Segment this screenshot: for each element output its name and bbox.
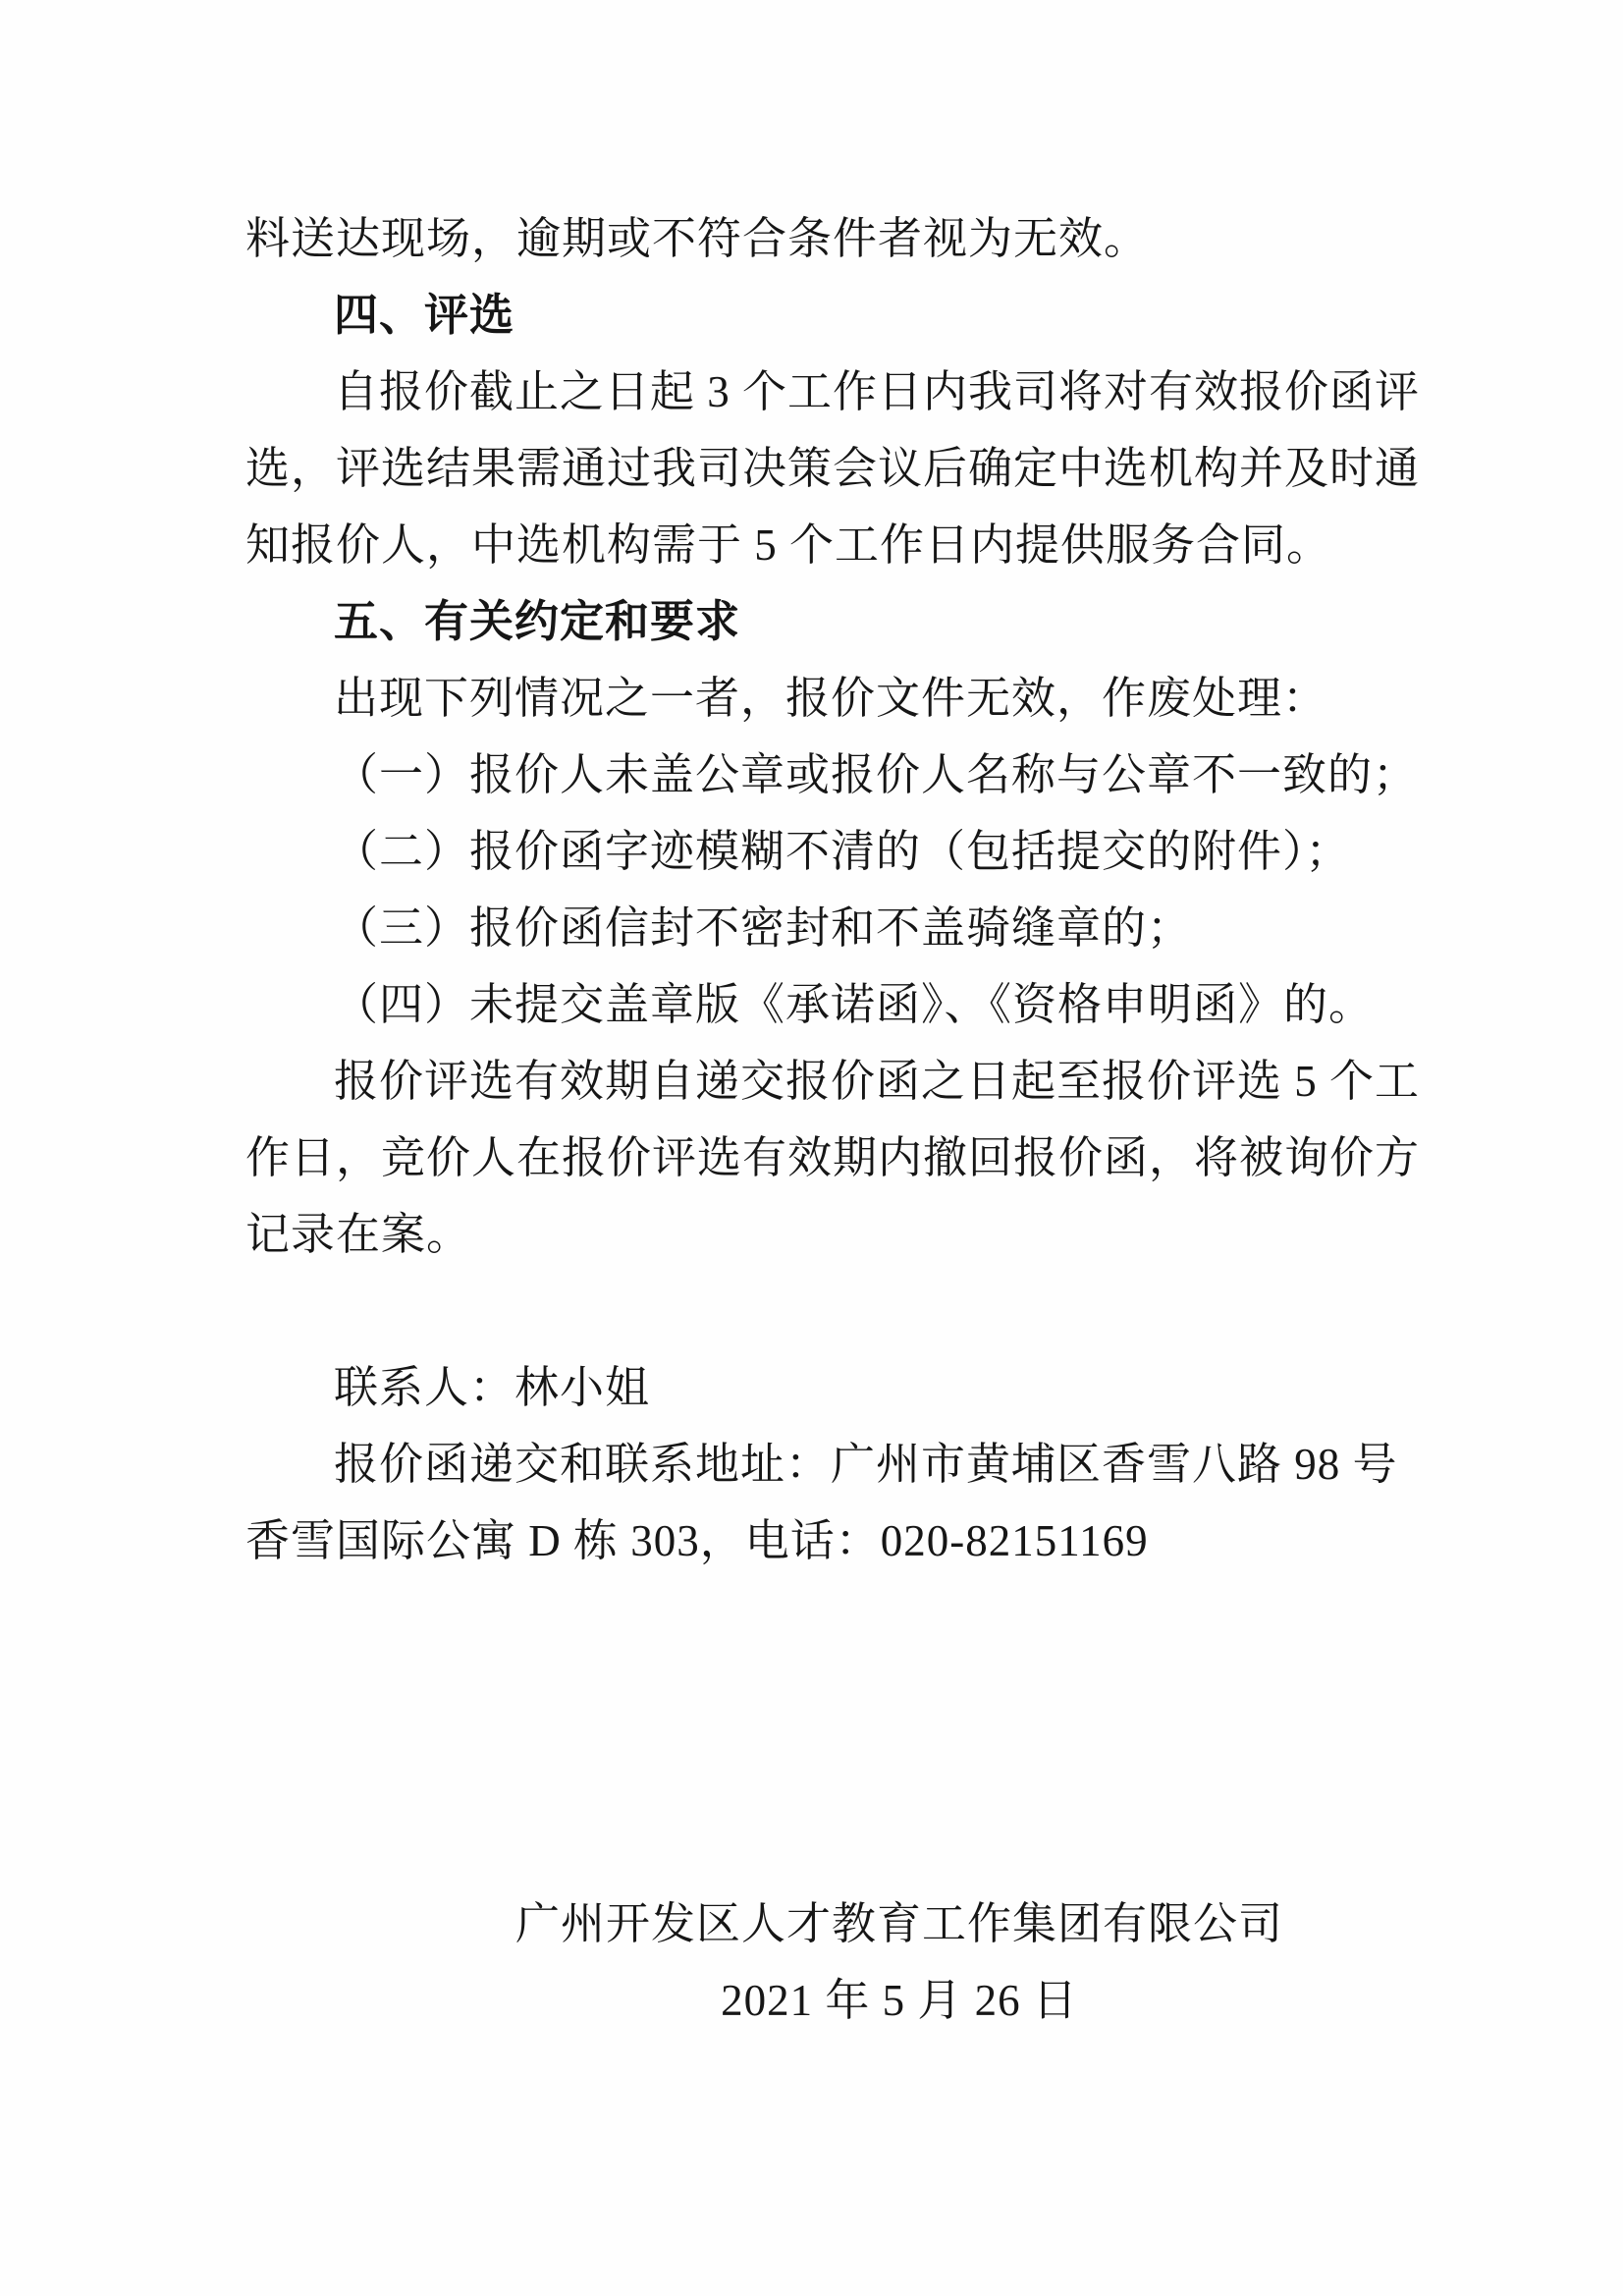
list-item-1: （一）报价人未盖公章或报价人名称与公章不一致的； <box>245 737 1377 813</box>
contact-address-line: 香雪国际公寓 D 栋 303，电话：020-82151169 <box>245 1503 1377 1579</box>
list-item-4: （四）未提交盖章版《承诺函》、《资格申明函》的。 <box>245 966 1377 1043</box>
document-page: 料送达现场，逾期或不符合条件者视为无效。 四、评选 自报价截止之日起 3 个工作… <box>0 0 1623 2296</box>
body-line: 自报价截止之日起 3 个工作日内我司将对有效报价函评 <box>245 354 1377 430</box>
body-line: 记录在案。 <box>245 1196 1377 1273</box>
section-heading-4: 四、评选 <box>245 277 1377 354</box>
contact-person-line: 联系人：林小姐 <box>245 1349 1377 1426</box>
body-line: 选，评选结果需通过我司决策会议后确定中选机构并及时通 <box>245 430 1377 507</box>
list-item-3: （三）报价函信封不密封和不盖骑缝章的； <box>245 890 1377 966</box>
vertical-space <box>245 1579 1377 1886</box>
section-heading-5: 五、有关约定和要求 <box>245 583 1377 660</box>
body-line: 知报价人，中选机构需于 5 个工作日内提供服务合同。 <box>245 507 1377 583</box>
date-signature: 2021 年 5 月 26 日 <box>245 1962 1377 2039</box>
document-body: 料送达现场，逾期或不符合条件者视为无效。 四、评选 自报价截止之日起 3 个工作… <box>245 200 1377 2039</box>
body-line: 料送达现场，逾期或不符合条件者视为无效。 <box>245 200 1377 277</box>
body-line: 作日，竞价人在报价评选有效期内撤回报价函，将被询价方 <box>245 1120 1377 1196</box>
body-line: 出现下列情况之一者，报价文件无效，作废处理： <box>245 660 1377 737</box>
body-line: 报价评选有效期自递交报价函之日起至报价评选 5 个工 <box>245 1043 1377 1120</box>
contact-address-line: 报价函递交和联系地址：广州市黄埔区香雪八路 98 号 <box>245 1426 1377 1503</box>
company-signature: 广州开发区人才教育工作集团有限公司 <box>245 1886 1377 1962</box>
blank-line <box>245 1273 1377 1349</box>
list-item-2: （二）报价函字迹模糊不清的（包括提交的附件）； <box>245 813 1377 890</box>
